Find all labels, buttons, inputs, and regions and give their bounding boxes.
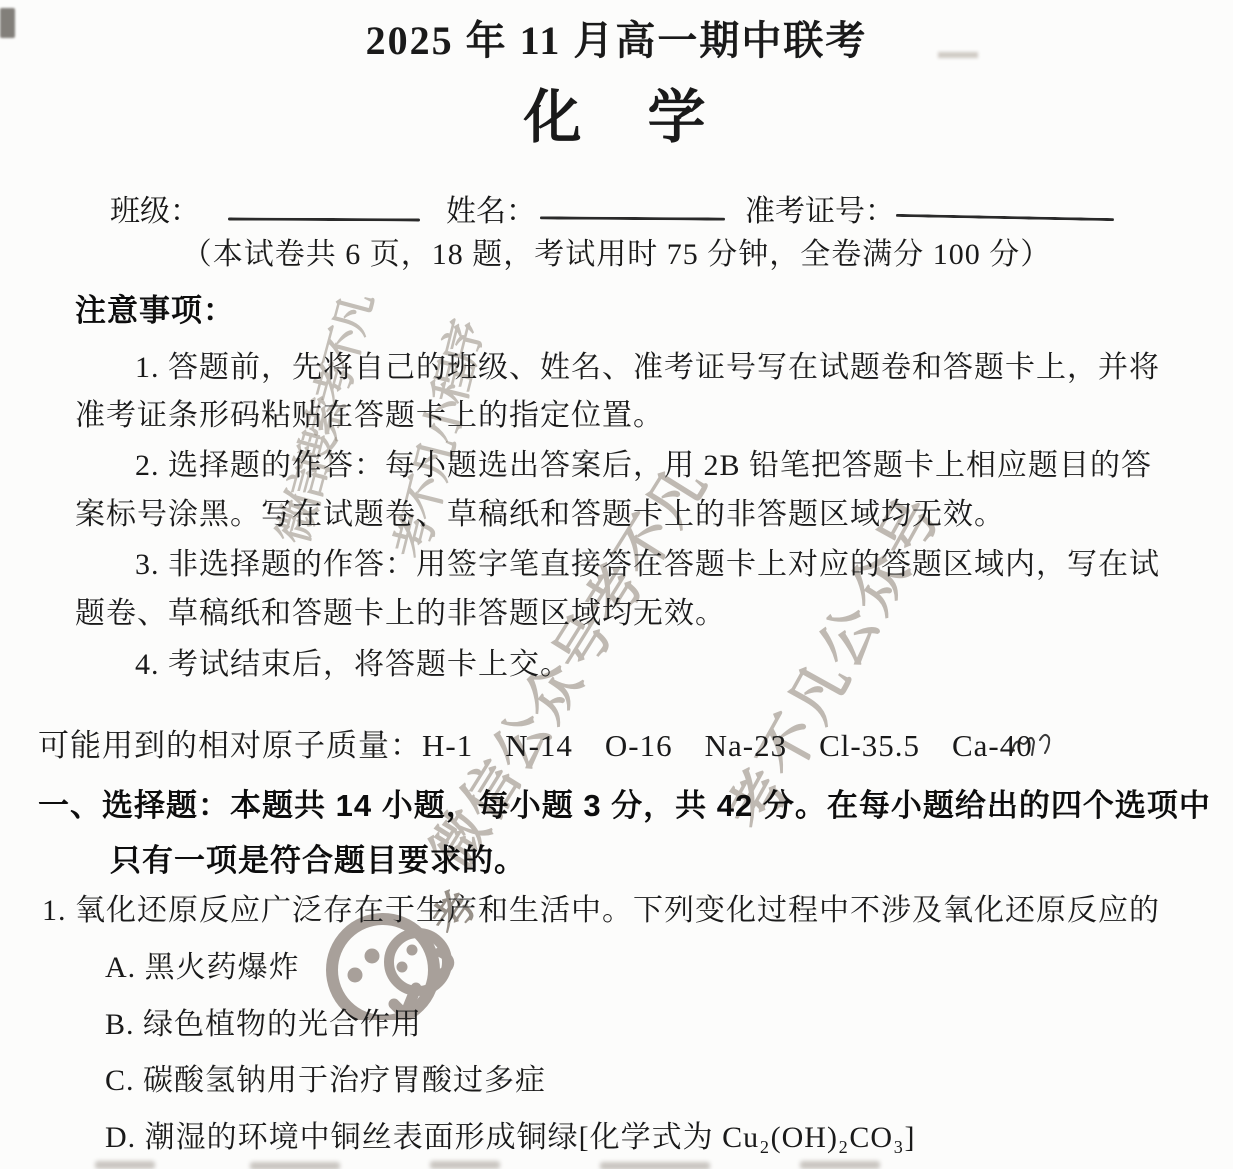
paper-info-line: （本试卷共 6 页，18 题，考试用时 75 分钟，全卷满分 100 分） [0,236,1233,274]
atomic-mass-line: 可能用到的相对原子质量：H-1 N-14 O-16 Na-23 Cl-35.5 … [38,727,1033,766]
question-1-option-b: B. 绿色植物的光合作用 [105,1006,422,1044]
notice-item-4: 4. 考试结束后，将答题卡上交。 [135,646,571,684]
question-1-option-a: A. 黑火药爆炸 [105,949,300,987]
bottom-cut-text-remnant [800,1161,880,1169]
question-1-option-c: C. 碳酸氢钠用于治疗胃酸过多症 [105,1062,546,1100]
bottom-cut-text-remnant [430,1161,500,1169]
notice-item-1-line-1: 1. 答题前，先将自己的班级、姓名、准考证号写在试题卷和答题卡上，并将 [135,349,1160,387]
exam-number-field-line [896,214,1114,221]
question-1-stem: 1. 氧化还原反应广泛存在于生产和生活中。下列变化过程中不涉及氧化还原反应的 [42,892,1160,930]
class-field-line [228,217,420,221]
bottom-cut-text-remnant [95,1161,155,1169]
notice-item-1-line-2: 准考证条形码粘贴在答题卡上的指定位置。 [75,397,664,435]
exam-number-field-label: 准考证号： [745,186,895,230]
section-1-header-line-1: 一、选择题：本题共 14 小题，每小题 3 分，共 42 分。在每小题给出的四个… [38,787,1211,826]
notice-item-3-line-1: 3. 非选择题的作答：用签字笔直接答在答题卡上对应的答题区域内，写在试 [135,546,1160,584]
bottom-cut-text-remnant [250,1162,340,1169]
name-field-label: 姓名： [446,186,536,230]
exam-paper-page: 微信搜索考不凡 考不凡小程序 微信公众号考不凡 考不凡公众号 考 [0,0,1233,1169]
class-field-label: 班级： [110,186,200,230]
bottom-cut-text-remnant [600,1162,710,1169]
subject-title: 化 学 [0,82,1233,155]
notice-item-3-line-2: 题卷、草稿纸和答题卡上的非答题区域均无效。 [75,595,726,633]
exam-title: 2025 年 11 月高一期中联考 [0,16,1233,66]
name-field-line [540,216,725,220]
section-1-header-line-2: 只有一项是符合题目要求的。 [110,842,526,881]
notice-item-2-line-2: 案标号涂黑。写在试题卷、草稿纸和答题卡上的非答题区域均无效。 [75,496,1005,534]
question-1-option-d: D. 潮湿的环境中铜丝表面形成铜绿[化学式为 Cu₂(OH)₂CO₃] [105,1119,916,1157]
notice-heading: 注意事项： [75,292,235,331]
notice-item-2-line-1: 2. 选择题的作答：每小题选出答案后，用 2B 铅笔把答题卡上相应题目的答 [135,447,1152,485]
